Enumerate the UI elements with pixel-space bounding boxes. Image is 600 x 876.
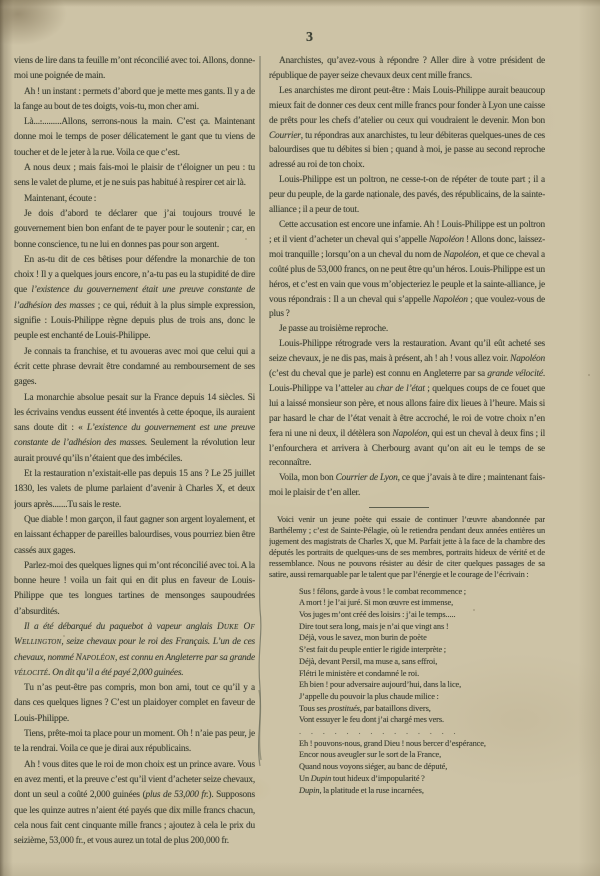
paragraph: Anarchistes, qu’avez-vous à répondre ? A… — [269, 54, 545, 84]
paragraph: Cette accusation est encore une infamie.… — [269, 218, 545, 322]
paragraph: Que diable ! mon garçon, il faut gagner … — [14, 513, 255, 559]
paragraph: Ah ! vous dites que le roi de mon choix … — [14, 758, 255, 850]
paragraph: Les anarchistes me diront peut-être : Ma… — [269, 84, 545, 173]
verse-line: J’appelle du pouvoir la plus chaude mili… — [299, 691, 545, 703]
verse-line: Tous ses prostitués, par bataillons dive… — [299, 703, 545, 715]
verse-line: Eh bien ! pour adversaire aujourd’hui, d… — [299, 679, 545, 691]
paragraph: Louis-Philippe rétrograde vers la restau… — [269, 337, 545, 471]
verse-ellipsis-line: . . . . . . . . . . . . . . — [299, 726, 545, 738]
paragraph: Tu n’as peut-être pas compris, mon bon a… — [14, 681, 255, 727]
paragraph: Je connais ta franchise, et tu avoueras … — [14, 345, 255, 391]
verse-line: Un Dupin tout hideux d’impopularité ? — [299, 773, 545, 785]
verse-line: Dupin, la platitude et la ruse incarnées… — [299, 785, 545, 797]
paragraph: Et la restauration n’existait-elle pas d… — [14, 467, 255, 513]
section-separator-rule — [369, 507, 429, 508]
paragraph: Voila, mon bon Courrier de Lyon, ce que … — [269, 471, 545, 501]
paragraph: viens de lire dans ta feuille m’ont réco… — [14, 54, 255, 85]
verse-line: Flétri le ministère et condamné le roi. — [299, 668, 545, 680]
paragraph: Là.............Allons, serrons-nous la m… — [14, 115, 255, 161]
verse-line: Déjà, devant Persil, ma muse a, sans eff… — [299, 656, 545, 668]
paragraph: Maintenant, écoute : — [14, 192, 255, 207]
paragraph: Ah ! un instant : permets d’abord que je… — [14, 85, 255, 116]
right-column: Anarchistes, qu’avez-vous à répondre ? A… — [269, 54, 545, 866]
paragraph: En as-tu dit de ces bêtises pour défendr… — [14, 253, 255, 345]
right-column-main-text: Anarchistes, qu’avez-vous à répondre ? A… — [269, 54, 545, 501]
paragraph: La monarchie absolue pesait sur la Franc… — [14, 391, 255, 467]
verse-line: Sus ! félons, garde à vous ! le combat r… — [299, 586, 545, 598]
verse-line: Vos juges m’ont créé des loisirs : j’ai … — [299, 609, 545, 621]
verse-line: S’est fait du peuple entier le rigide in… — [299, 644, 545, 656]
paragraph: Tiens, prête-moi ta place pour un moment… — [14, 727, 255, 758]
footnote-intro-paragraph: Voici venir un jeune poète qui essaie de… — [269, 515, 545, 580]
paragraph: Il a été débarqué du paquebot à vapeur a… — [14, 620, 255, 681]
footnote-section: Voici venir un jeune poète qui essaie de… — [269, 515, 545, 796]
verse-line: Encor nous aveugler sur le sort de la Fr… — [299, 749, 545, 761]
paragraph: A nous deux ; mais fais-moi le plaisir d… — [14, 161, 255, 192]
verse-line: Dire tout sera long, mais je n’ai que vi… — [299, 621, 545, 633]
verse-line: Déjà, vous le savez, mon burin de poète — [299, 632, 545, 644]
paragraph: Parlez-moi des quelques lignes qui m’ont… — [14, 559, 255, 620]
verse-line: Vont essuyer le feu dont j’ai chargé mes… — [299, 714, 545, 726]
left-column: viens de lire dans ta feuille m’ont réco… — [14, 54, 255, 864]
verse-line: A mort ! je l’ai juré. Si mon œuvre est … — [299, 597, 545, 609]
verse-block: Sus ! félons, garde à vous ! le combat r… — [269, 586, 545, 797]
page-number: 3 — [306, 30, 314, 46]
paragraph: Je dois d’abord te déclarer que j’ai tou… — [14, 207, 255, 253]
verse-line: Eh ! pouvons-nous, grand Dieu ! nous ber… — [299, 738, 545, 750]
paragraph: Je passe au troisième reproche. — [269, 322, 545, 337]
verse-line: Quand nous voyons siéger, au banc de dép… — [299, 761, 545, 773]
paragraph: Louis-Philippe est un poltron, ne cesse-… — [269, 173, 545, 218]
